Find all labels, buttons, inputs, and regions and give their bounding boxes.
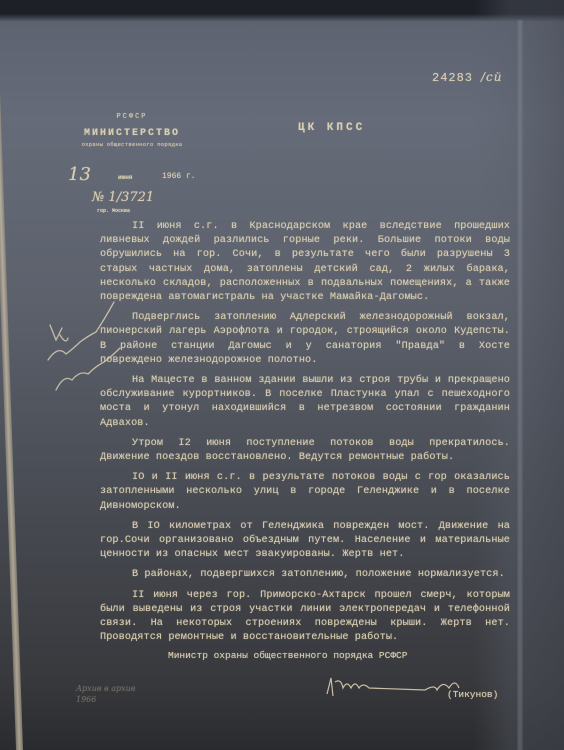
- date-month: июня: [118, 174, 132, 181]
- signature-title: Министр охраны общественного порядка РСФ…: [168, 650, 407, 661]
- signature-scrawl: [325, 674, 465, 704]
- letterhead-ministry-sub: охраны общественного порядка: [62, 141, 202, 148]
- date-year: 1966 г.: [162, 172, 196, 181]
- paragraph: На Мацесте в ванном здании вышли из стро…: [100, 374, 510, 431]
- registration-mark: /сй: [481, 70, 503, 84]
- addressee: ЦК КПСС: [298, 122, 365, 134]
- archive-note: Архив в архив 1966: [76, 683, 135, 705]
- paragraph: В районах, подвергшихся затоплению, поло…: [100, 568, 510, 582]
- paragraph: IO и II июня с.г. в результате потоков в…: [100, 471, 510, 514]
- paragraph: II июня через гор. Приморско-Ахтарск про…: [100, 589, 510, 646]
- letterhead: РСФСР МИНИСТЕРСТВО охраны общественного …: [62, 113, 202, 148]
- frame-edge-right: [517, 20, 523, 750]
- letterhead-ministry: МИНИСТЕРСТВО: [62, 128, 202, 139]
- registration-number: 24283: [432, 71, 473, 85]
- date-day: 13: [68, 164, 91, 185]
- registration-stamp: 24283/сй: [432, 70, 503, 85]
- letter-body: II июня с.г. в Краснодарском крае вследс…: [100, 220, 510, 651]
- archive-note-line: 1966: [76, 694, 135, 705]
- letterhead-country: РСФСР: [62, 113, 202, 121]
- paragraph: Подверглись затоплению Адлерский железно…: [100, 311, 510, 368]
- letterhead-city: гор. Москва: [97, 208, 130, 214]
- paragraph: В IO километрах от Геленджика поврежден …: [100, 520, 510, 563]
- document-number: № 1/3721: [92, 190, 154, 205]
- paragraph: Утром I2 июня поступление потоков воды п…: [100, 437, 510, 465]
- signature-name: (Тикунов): [447, 689, 498, 700]
- paragraph: II июня с.г. в Краснодарском крае вследс…: [100, 220, 510, 305]
- archive-note-line: Архив в архив: [76, 683, 135, 694]
